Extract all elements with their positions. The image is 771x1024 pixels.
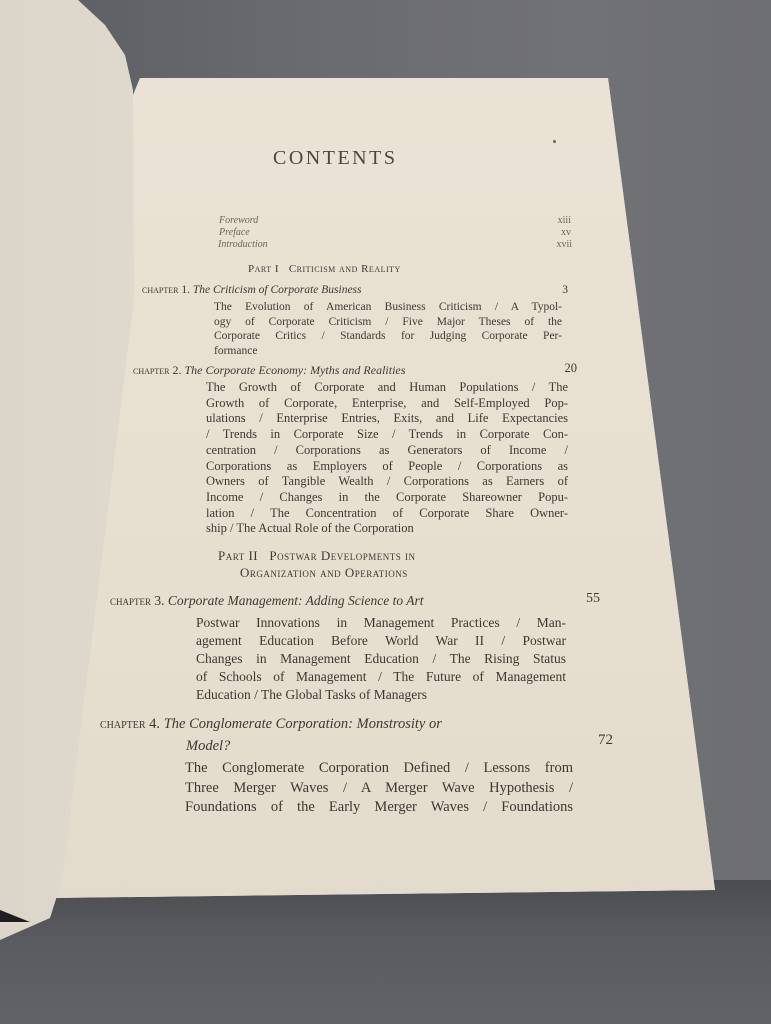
chapter-2-page: 20 (537, 361, 577, 376)
chapter-2-description: The Growth of Corporate and Human Popula… (206, 380, 568, 537)
chapter-4-title-line2: Model? (186, 738, 230, 755)
chapter-4-heading: chapter 4. The Conglomerate Corporation:… (100, 716, 442, 733)
chapter-4-page: 72 (573, 732, 613, 749)
chapter-1-description: The Evolution of American Business Criti… (214, 300, 562, 358)
description-line: Owners of Tangible Wealth / Corporations… (206, 474, 568, 490)
description-line: Three Merger Waves / A Merger Wave Hypot… (185, 779, 573, 799)
description-line: The Growth of Corporate and Human Popula… (206, 380, 568, 396)
chapter-1-label: chapter 1. (142, 284, 190, 296)
chapter-1-heading: chapter 1. The Criticism of Corporate Bu… (142, 284, 362, 296)
description-line: Corporate Critics / Standards for Judgin… (214, 329, 562, 344)
part-1-title: Criticism and Reality (289, 263, 401, 275)
chapter-3-description: Postwar Innovations in Management Practi… (196, 614, 566, 704)
part-2-label: Part II (218, 548, 258, 563)
page-title: CONTENTS (273, 147, 397, 170)
chapter-2-title: The Corporate Economy: Myths and Realiti… (184, 363, 405, 377)
chapter-4-description: The Conglomerate Corporation Defined / L… (185, 759, 573, 818)
chapter-1-page: 3 (528, 284, 568, 296)
part-2-title-line1: Postwar Developments in (269, 548, 415, 563)
description-line: Growth of Corporate, Enterprise, and Sel… (206, 396, 568, 412)
book-cover-edge (0, 910, 30, 922)
description-line: The Conglomerate Corporation Defined / L… (185, 759, 573, 779)
toc-introduction-page: xvii (532, 239, 572, 250)
description-line: ogy of Corporate Criticism / Five Major … (214, 315, 562, 330)
part-1-heading: Part I Criticism and Reality (248, 263, 401, 275)
chapter-2-heading: chapter 2. The Corporate Economy: Myths … (133, 363, 405, 378)
chapter-3-label: chapter 3. (110, 593, 165, 608)
toc-preface: Preface (219, 227, 250, 238)
description-line: Postwar Innovations in Management Practi… (196, 614, 566, 632)
toc-introduction: Introduction (218, 239, 268, 250)
description-line: Foundations of the Early Merger Waves / … (185, 798, 573, 818)
chapter-4-title-line1: The Conglomerate Corporation: Monstrosit… (164, 716, 442, 732)
toc-foreword: Foreword (219, 215, 258, 226)
description-line: ulations / Enterprise Entries, Exits, an… (206, 411, 568, 427)
description-line: Changes in Management Education / The Ri… (196, 650, 566, 668)
description-line: lation / The Concentration of Corporate … (206, 506, 568, 522)
part-2-heading: Part II Postwar Developments in (218, 548, 415, 564)
description-line: formance (214, 344, 562, 359)
description-line: agement Education Before World War II / … (196, 632, 566, 650)
part-1-label: Part I (248, 263, 279, 275)
table-surface (0, 880, 771, 1024)
description-line: of Schools of Management / The Future of… (196, 668, 566, 686)
description-line: Education / The Global Tasks of Managers (196, 686, 566, 704)
part-2-title-line2: Organization and Operations (240, 565, 408, 581)
page-speck (553, 140, 556, 143)
description-line: Income / Changes in the Corporate Shareo… (206, 490, 568, 506)
chapter-3-heading: chapter 3. Corporate Management: Adding … (110, 593, 423, 609)
description-line: ship / The Actual Role of the Corporatio… (206, 521, 568, 537)
chapter-2-label: chapter 2. (133, 363, 181, 377)
description-line: centration / Corporations as Generators … (206, 443, 568, 459)
chapter-3-page: 55 (560, 591, 600, 607)
toc-preface-page: xv (531, 227, 571, 238)
description-line: The Evolution of American Business Criti… (214, 300, 562, 315)
chapter-1-title: The Criticism of Corporate Business (193, 284, 362, 296)
description-line: Corporations as Employers of People / Co… (206, 459, 568, 475)
chapter-4-label: chapter 4. (100, 716, 160, 732)
toc-foreword-page: xiii (531, 215, 571, 226)
chapter-3-title: Corporate Management: Adding Science to … (168, 593, 424, 608)
description-line: / Trends in Corporate Size / Trends in C… (206, 427, 568, 443)
